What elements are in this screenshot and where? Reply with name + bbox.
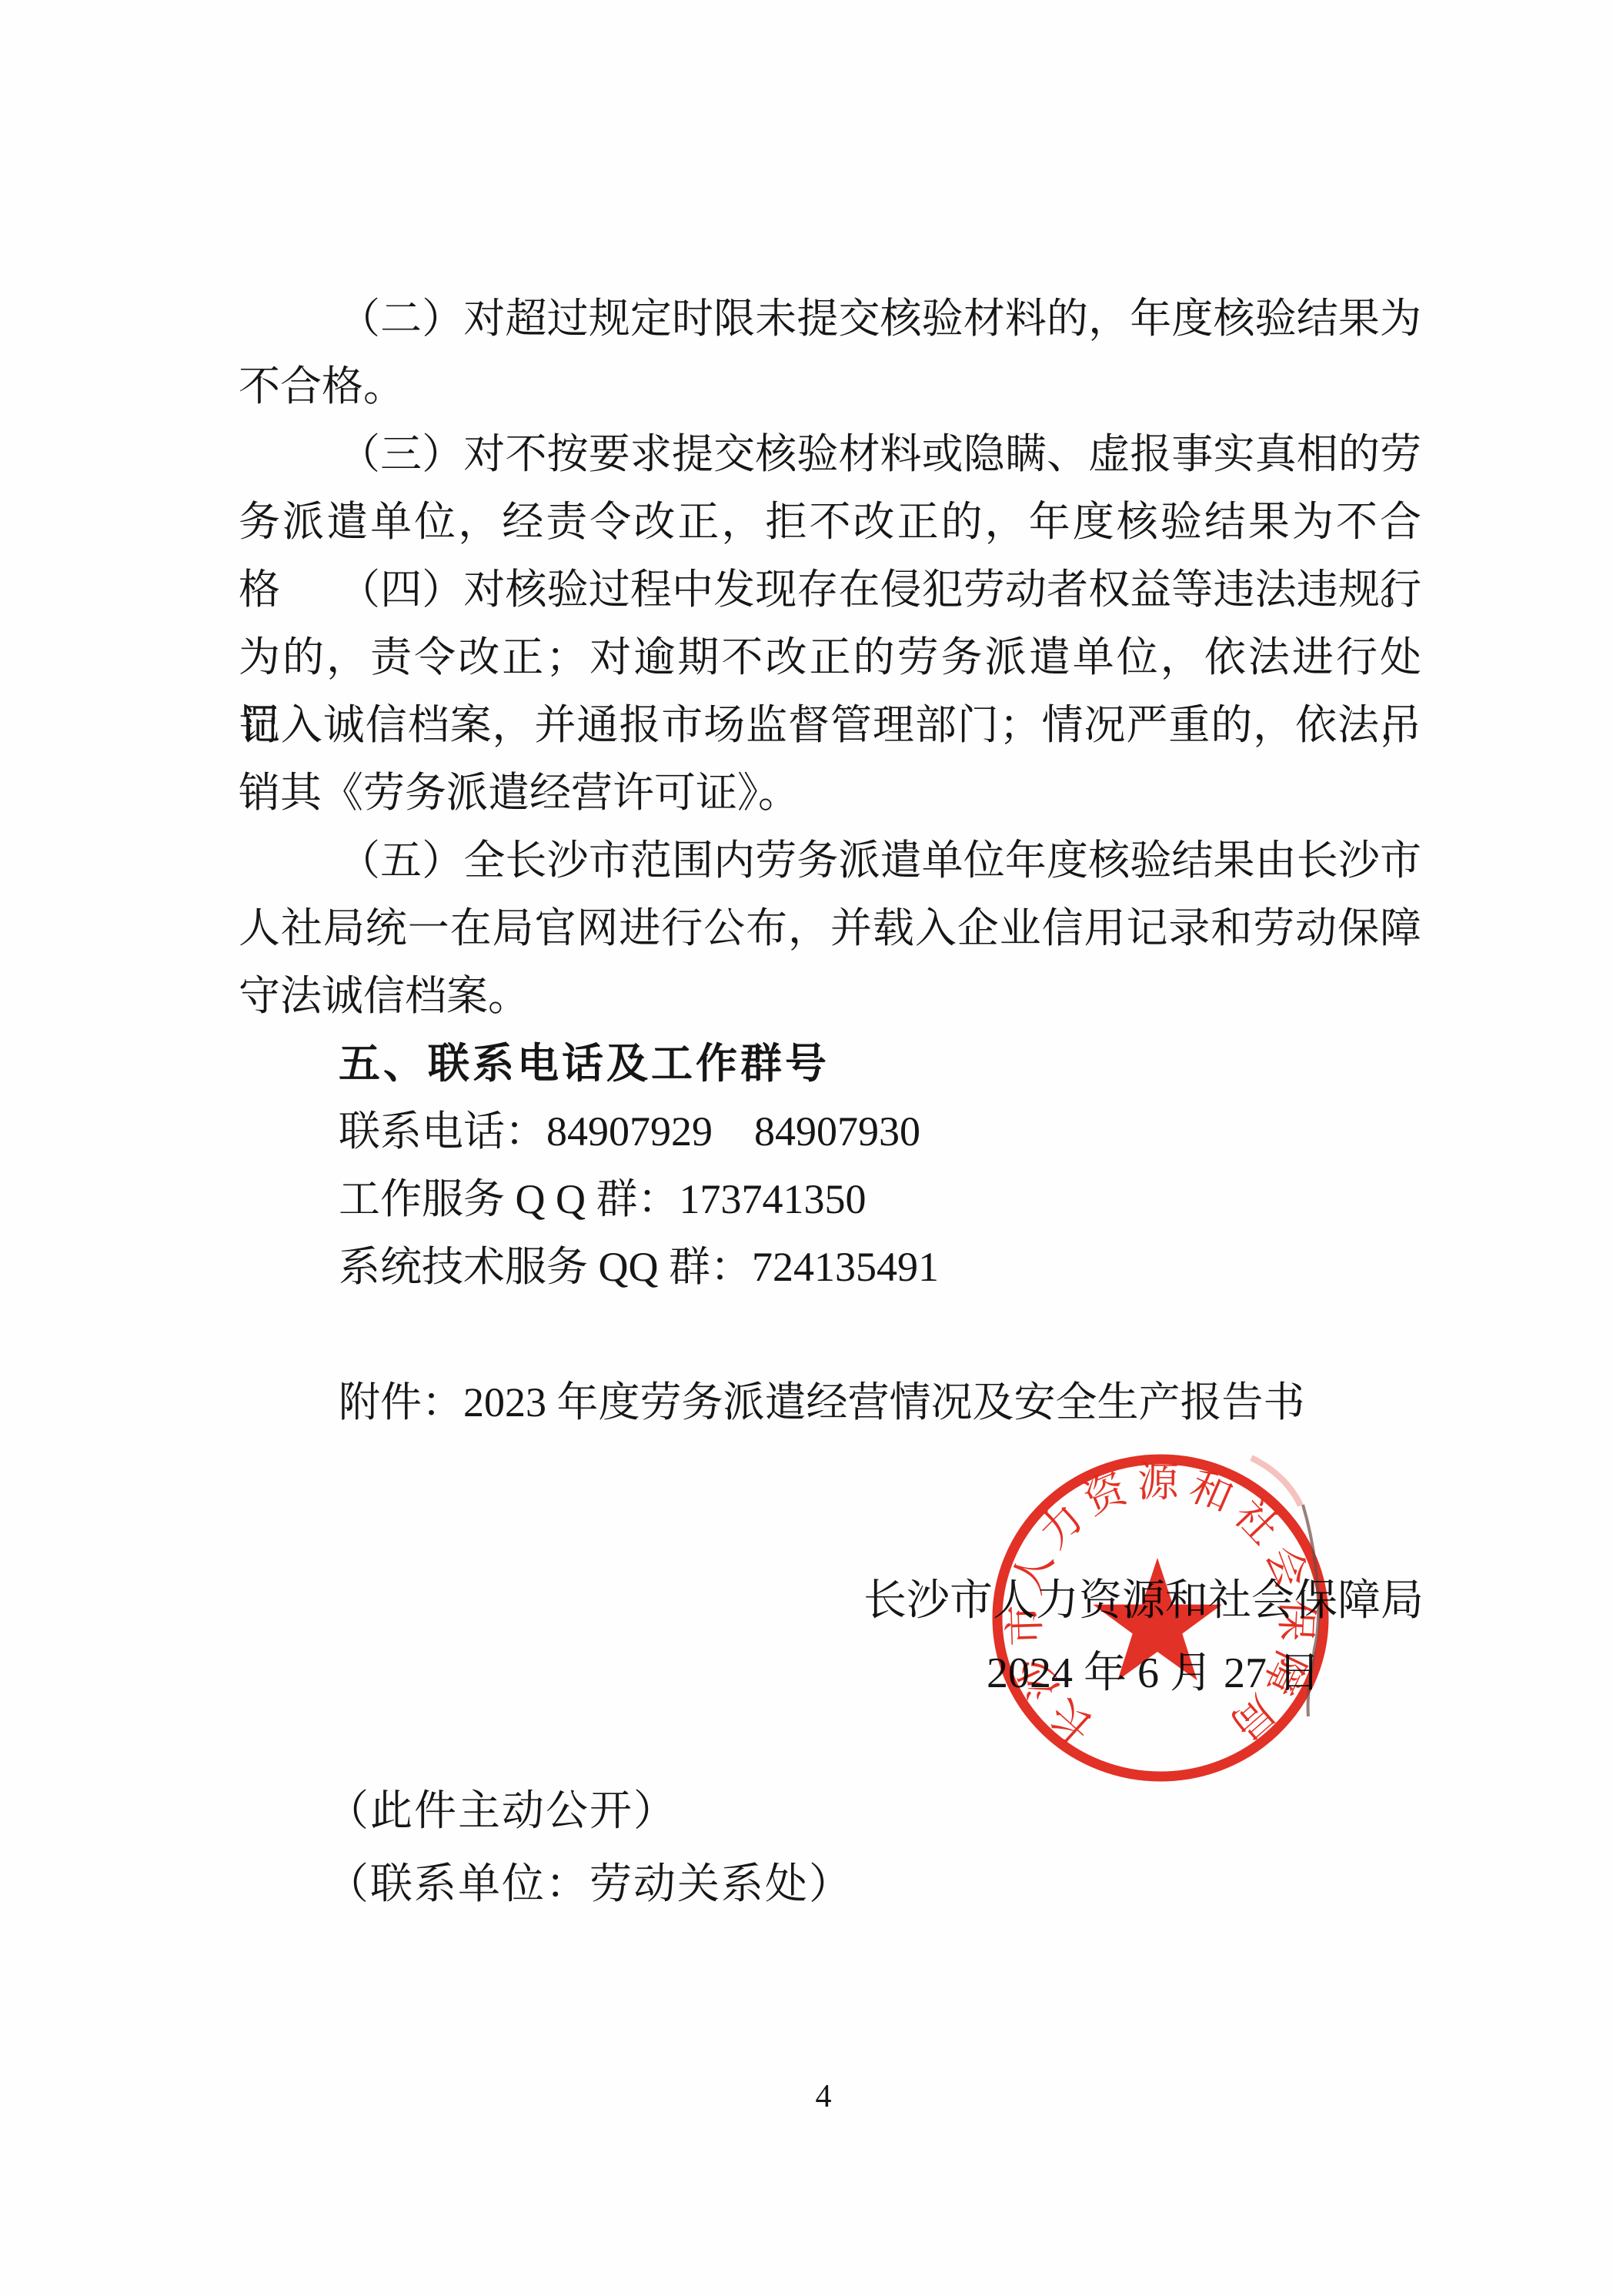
body-line: （四）对核验过程中发现存在侵犯劳动者权益等违法违规行 — [239, 556, 1421, 623]
body-line: 人社局统一在局官网进行公布，并载入企业信用记录和劳动保障 — [239, 894, 1421, 962]
page-number: 4 — [800, 2078, 847, 2115]
body-line: 不合格。 — [239, 353, 1421, 420]
footnote-line: （联系单位：劳动关系处） — [326, 1847, 853, 1920]
footnote-line: （此件主动公开） — [326, 1774, 853, 1847]
body-line: （二）对超过规定时限未提交核验材料的，年度核验结果为 — [239, 285, 1421, 353]
body-line: 系统技术服务 QQ 群：724135491 — [239, 1233, 1421, 1301]
body-line: 工作服务 Q Q 群：173741350 — [239, 1165, 1421, 1233]
body-line: 销其《劳务派遣经营许可证》。 — [239, 759, 1421, 827]
body-line: （五）全长沙市范围内劳务派遣单位年度核验结果由长沙市 — [239, 827, 1421, 894]
seal-star-icon — [1093, 1558, 1221, 1680]
official-seal: 长沙市人力资源和社会保障局 — [980, 1437, 1341, 1799]
body-line: 记入诚信档案，并通报市场监督管理部门；情况严重的，依法吊 — [239, 691, 1421, 759]
body-line: （三）对不按要求提交核验材料或隐瞒、虚报事实真相的劳 — [239, 420, 1421, 488]
section-heading: 五、联系电话及工作群号 — [239, 1030, 1421, 1098]
body-text: （二）对超过规定时限未提交核验材料的，年度核验结果为不合格。（三）对不按要求提交… — [239, 285, 1421, 1436]
footnotes: （此件主动公开）（联系单位：劳动关系处） — [326, 1774, 853, 1920]
body-line: 守法诚信档案。 — [239, 962, 1421, 1030]
body-line: 联系电话：84907929 84907930 — [239, 1098, 1421, 1165]
body-line: 务派遣单位，经责令改正，拒不改正的，年度核验结果为不合格。 — [239, 488, 1421, 556]
document-page: （二）对超过规定时限未提交核验材料的，年度核验结果为不合格。（三）对不按要求提交… — [0, 0, 1613, 2296]
body-line — [239, 1301, 1421, 1369]
body-line: 为的，责令改正；对逾期不改正的劳务派遣单位，依法进行处罚， — [239, 623, 1421, 691]
body-line: 附件：2023 年度劳务派遣经营情况及安全生产报告书 — [239, 1369, 1421, 1436]
